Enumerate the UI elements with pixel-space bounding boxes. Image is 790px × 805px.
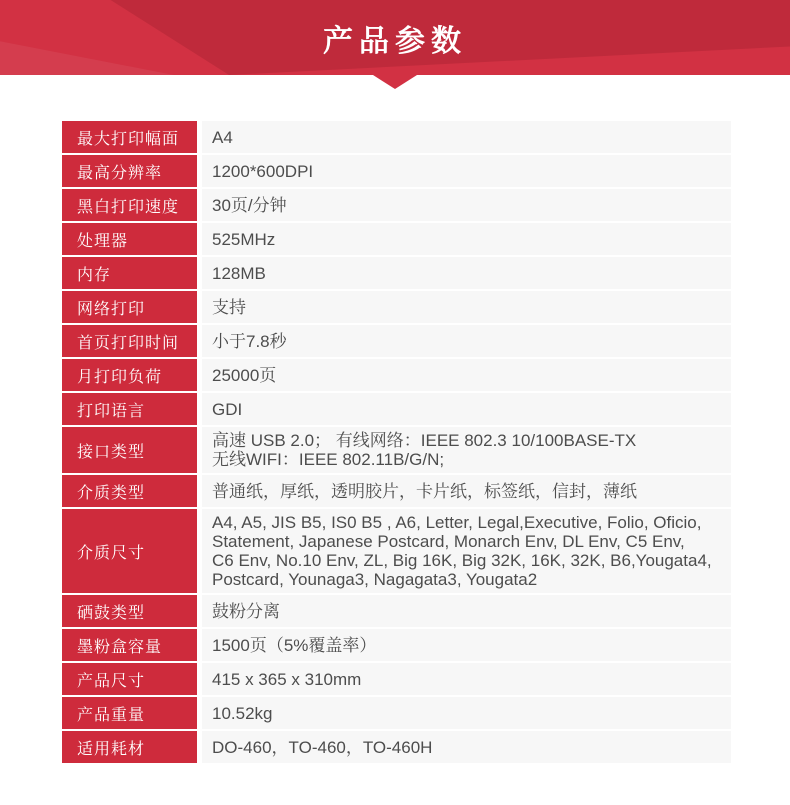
spec-label: 介质类型 — [62, 475, 197, 507]
spec-row: 月打印负荷 25000页 — [62, 359, 731, 391]
spec-row: 首页打印时间 小于7.8秒 — [62, 325, 731, 357]
spec-row: 产品重量 10.52kg — [62, 697, 731, 729]
spec-label: 介质尺寸 — [62, 509, 197, 593]
spec-table: 最大打印幅面 A4 最高分辨率 1200*600DPI 黑白打印速度 30页/分… — [62, 121, 731, 763]
spec-value: 30页/分钟 — [202, 189, 731, 221]
spec-value: A4, A5, JIS B5, IS0 B5 , A6, Letter, Leg… — [202, 509, 731, 593]
spec-row: 最高分辨率 1200*600DPI — [62, 155, 731, 187]
spec-label: 硒鼓类型 — [62, 595, 197, 627]
spec-value: 鼓粉分离 — [202, 595, 731, 627]
spec-row: 介质尺寸 A4, A5, JIS B5, IS0 B5 , A6, Letter… — [62, 509, 731, 593]
spec-value: 415 x 365 x 310mm — [202, 663, 731, 695]
spec-value: 普通纸，厚纸，透明胶片，卡片纸，标签纸，信封，薄纸 — [202, 475, 731, 507]
spec-value: GDI — [202, 393, 731, 425]
spec-row: 产品尺寸 415 x 365 x 310mm — [62, 663, 731, 695]
spec-value: 1200*600DPI — [202, 155, 731, 187]
banner-pointer-triangle — [373, 75, 417, 89]
spec-value: 525MHz — [202, 223, 731, 255]
spec-label: 打印语言 — [62, 393, 197, 425]
spec-label: 产品尺寸 — [62, 663, 197, 695]
spec-row: 网络打印 支持 — [62, 291, 731, 323]
spec-label: 处理器 — [62, 223, 197, 255]
spec-row: 黑白打印速度 30页/分钟 — [62, 189, 731, 221]
spec-row: 适用耗材 DO-460，TO-460，TO-460H — [62, 731, 731, 763]
spec-row: 打印语言 GDI — [62, 393, 731, 425]
spec-label: 产品重量 — [62, 697, 197, 729]
spec-label: 最大打印幅面 — [62, 121, 197, 153]
spec-row: 硒鼓类型 鼓粉分离 — [62, 595, 731, 627]
spec-value: DO-460，TO-460，TO-460H — [202, 731, 731, 763]
spec-label: 黑白打印速度 — [62, 189, 197, 221]
spec-label: 适用耗材 — [62, 731, 197, 763]
header-banner: 产品参数 — [0, 0, 790, 75]
spec-value: 高速 USB 2.0； 有线网络：IEEE 802.3 10/100BASE-T… — [202, 427, 731, 473]
spec-label: 月打印负荷 — [62, 359, 197, 391]
spec-label: 内存 — [62, 257, 197, 289]
spec-row: 最大打印幅面 A4 — [62, 121, 731, 153]
spec-value: 支持 — [202, 291, 731, 323]
spec-label: 接口类型 — [62, 427, 197, 473]
spec-row: 介质类型 普通纸，厚纸，透明胶片，卡片纸，标签纸，信封，薄纸 — [62, 475, 731, 507]
spec-row: 墨粉盒容量 1500页（5%覆盖率） — [62, 629, 731, 661]
product-spec-page: 产品参数 最大打印幅面 A4 最高分辨率 1200*600DPI 黑白打印速度 … — [0, 0, 790, 805]
spec-value: 25000页 — [202, 359, 731, 391]
spec-row: 接口类型 高速 USB 2.0； 有线网络：IEEE 802.3 10/100B… — [62, 427, 731, 473]
page-title: 产品参数 — [0, 0, 790, 75]
spec-label: 最高分辨率 — [62, 155, 197, 187]
spec-row: 内存 128MB — [62, 257, 731, 289]
spec-value: A4 — [202, 121, 731, 153]
spec-value: 10.52kg — [202, 697, 731, 729]
spec-value: 小于7.8秒 — [202, 325, 731, 357]
spec-value: 128MB — [202, 257, 731, 289]
spec-value: 1500页（5%覆盖率） — [202, 629, 731, 661]
spec-label: 墨粉盒容量 — [62, 629, 197, 661]
spec-row: 处理器 525MHz — [62, 223, 731, 255]
spec-label: 首页打印时间 — [62, 325, 197, 357]
spec-label: 网络打印 — [62, 291, 197, 323]
